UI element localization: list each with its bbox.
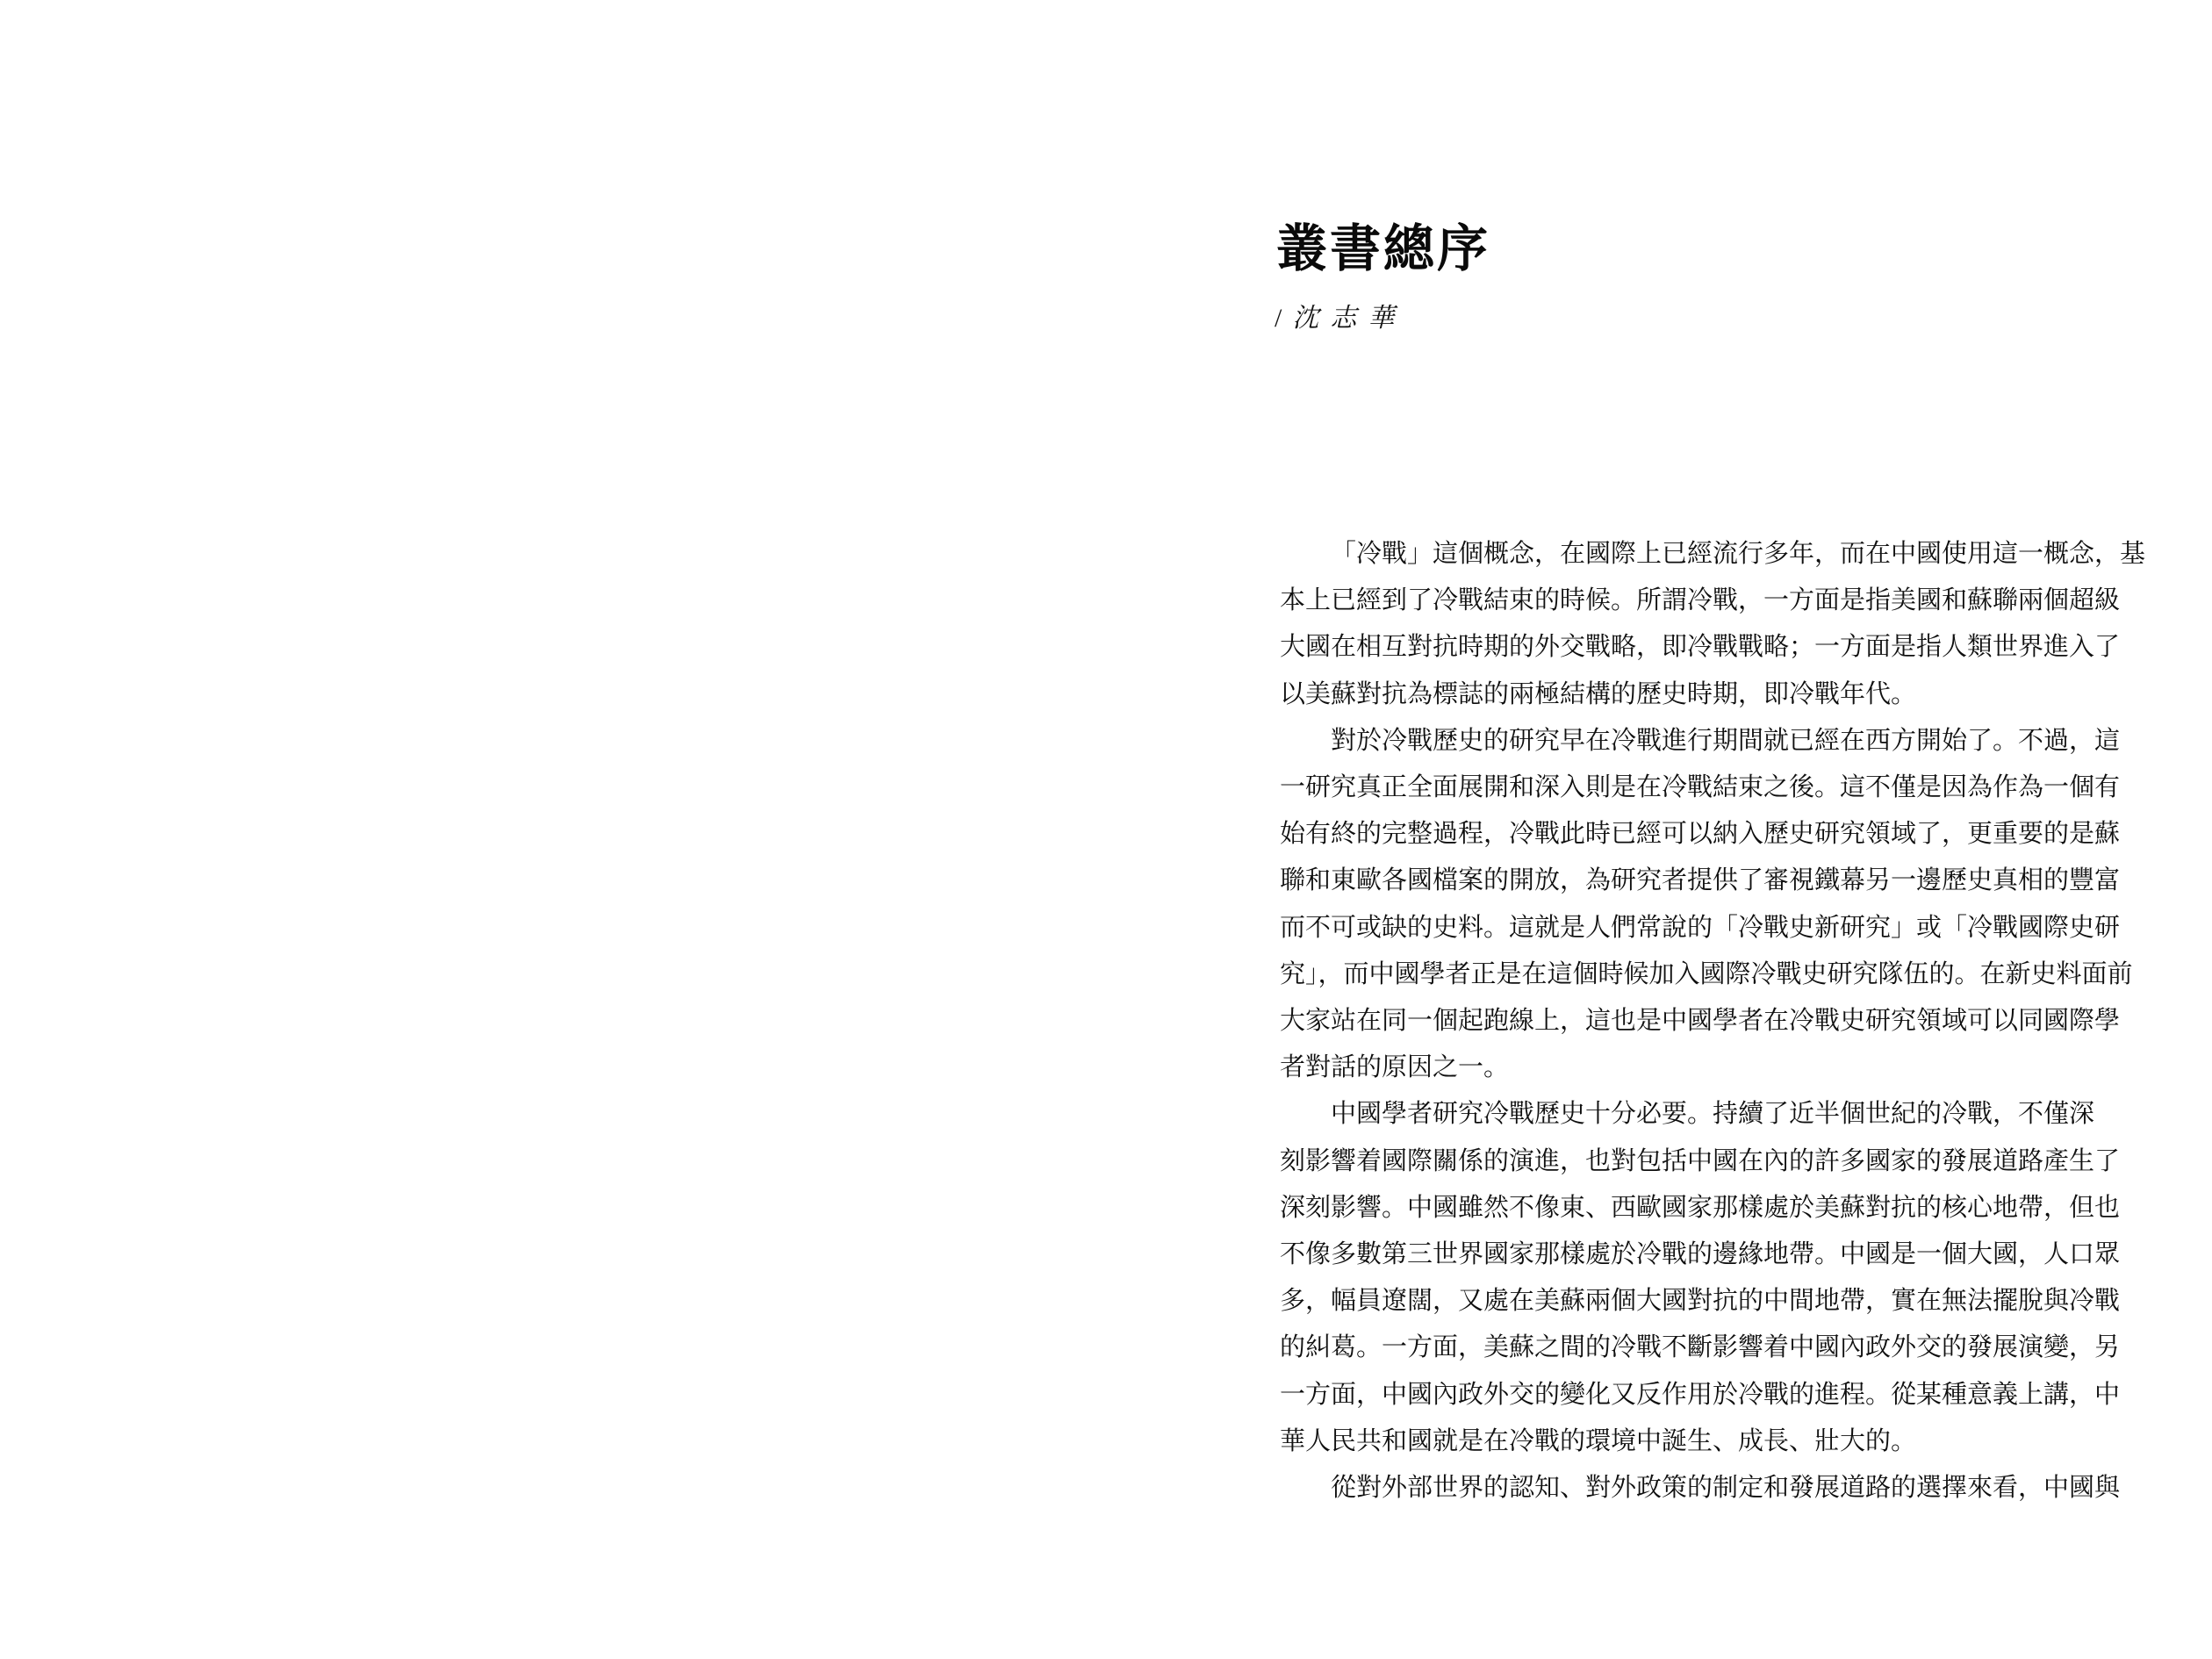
right-page: 叢書總序 /沈志華 「冷戰」這個概念，在國際上已經流行多年，而在中國使用這一概念… xyxy=(1106,0,2212,1659)
body-text-line: 大國在相互對抗時期的外交戰略，即冷戰戰略；一方面是指人類世界進入了 xyxy=(1280,624,2158,671)
body-text-line: 聯和東歐各國檔案的開放，為研究者提供了審視鐵幕另一邊歷史真相的豐富 xyxy=(1280,858,2158,904)
body-text-line: 而不可或缺的史料。這就是人們常說的「冷戰史新研究」或「冷戰國際史研 xyxy=(1280,905,2158,952)
body-text-line: 的糾葛。一方面，美蘇之間的冷戰不斷影響着中國內政外交的發展演變，另 xyxy=(1280,1325,2158,1371)
body-text-line: 本上已經到了冷戰結束的時候。所謂冷戰，一方面是指美國和蘇聯兩個超級 xyxy=(1280,578,2158,624)
author-name: 沈志華 xyxy=(1292,304,1405,333)
body-text-line: 對於冷戰歷史的研究早在冷戰進行期間就已經在西方開始了。不過，這 xyxy=(1280,718,2158,765)
body-text-line: 深刻影響。中國雖然不像東、西歐國家那樣處於美蘇對抗的核心地帶，但也 xyxy=(1280,1185,2158,1232)
book-spread: 叢書總序 /沈志華 「冷戰」這個概念，在國際上已經流行多年，而在中國使用這一概念… xyxy=(0,0,2212,1659)
byline: /沈志華 xyxy=(1275,300,1405,337)
body-text-line: 「冷戰」這個概念，在國際上已經流行多年，而在中國使用這一概念，基 xyxy=(1280,531,2158,578)
body-text-line: 華人民共和國就是在冷戰的環境中誕生、成長、壯大的。 xyxy=(1280,1418,2158,1465)
body-text-line: 從對外部世界的認知、對外政策的制定和發展道路的選擇來看，中國與 xyxy=(1280,1465,2158,1512)
byline-slash: / xyxy=(1275,300,1282,337)
body-text-line: 究」，而中國學者正是在這個時候加入國際冷戰史研究隊伍的。在新史料面前 xyxy=(1280,952,2158,998)
body-text-line: 始有終的完整過程，冷戰此時已經可以納入歷史研究領域了，更重要的是蘇 xyxy=(1280,811,2158,858)
body-text-line: 不像多數第三世界國家那樣處於冷戰的邊緣地帶。中國是一個大國，人口眾 xyxy=(1280,1232,2158,1278)
body-text-line: 中國學者研究冷戰歷史十分必要。持續了近半個世紀的冷戰，不僅深 xyxy=(1280,1091,2158,1138)
left-blank-page xyxy=(0,0,1106,1659)
body-text-line: 一方面，中國內政外交的變化又反作用於冷戰的進程。從某種意義上講，中 xyxy=(1280,1372,2158,1418)
body-text-line: 多，幅員遼闊，又處在美蘇兩個大國對抗的中間地帶，實在無法擺脫與冷戰 xyxy=(1280,1278,2158,1325)
body-text: 「冷戰」這個概念，在國際上已經流行多年，而在中國使用這一概念，基本上已經到了冷戰… xyxy=(1280,531,2158,1512)
body-text-line: 大家站在同一個起跑線上，這也是中國學者在冷戰史研究領域可以同國際學 xyxy=(1280,998,2158,1045)
body-text-line: 以美蘇對抗為標誌的兩極結構的歷史時期，即冷戰年代。 xyxy=(1280,671,2158,718)
page-title: 叢書總序 xyxy=(1276,221,1490,277)
body-text-line: 刻影響着國際關係的演進，也對包括中國在內的許多國家的發展道路產生了 xyxy=(1280,1138,2158,1185)
body-text-line: 者對話的原因之一。 xyxy=(1280,1045,2158,1091)
body-text-line: 一研究真正全面展開和深入則是在冷戰結束之後。這不僅是因為作為一個有 xyxy=(1280,765,2158,811)
